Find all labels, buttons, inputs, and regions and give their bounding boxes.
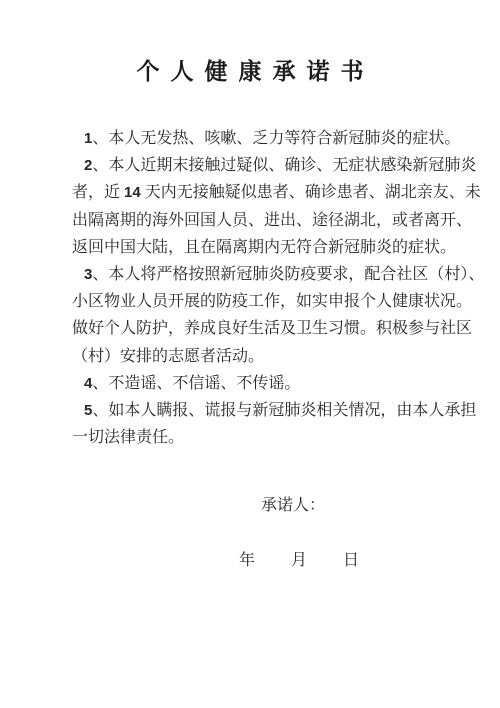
body-line: 2、本人近期末接触过疑似、确诊、无症状感染新冠肺炎 xyxy=(72,152,427,179)
month-label: 月 xyxy=(291,547,307,574)
signer-label: 承诺人： xyxy=(261,497,325,514)
number-text: 1 xyxy=(84,130,92,147)
number-text: 5 xyxy=(84,402,92,419)
number-text: 4 xyxy=(84,375,92,392)
body-line: 1、本人无发热、咳嗽、乏力等符合新冠肺炎的症状。 xyxy=(72,125,427,152)
document-title: 个人健康承诺书 xyxy=(0,0,500,87)
number-text: 14 xyxy=(124,184,141,201)
signer-line: 承诺人： xyxy=(0,492,500,519)
body-line: 5、如本人瞒报、谎报与新冠肺炎相关情况，由本人承担 xyxy=(72,397,427,424)
day-label: 日 xyxy=(343,547,359,574)
document-page: 个人健康承诺书 1、本人无发热、咳嗽、乏力等符合新冠肺炎的症状。2、本人近期末接… xyxy=(0,0,500,708)
year-label: 年 xyxy=(239,552,255,569)
body-line: 一切法律责任。 xyxy=(72,424,427,451)
body-line: 返回中国大陆，且在隔离期内无符合新冠肺炎的症状。 xyxy=(72,234,427,261)
body-line: 做好个人防护，养成良好生活及卫生习惯。积极参与社区 xyxy=(72,315,427,342)
body-line: （村）安排的志愿者活动。 xyxy=(72,343,427,370)
number-text: 2 xyxy=(84,157,92,174)
body-line: 3、本人将严格按照新冠肺炎防疫要求，配合社区（村）、 xyxy=(72,261,427,288)
date-line: 年月日 xyxy=(0,547,500,574)
number-text: 3 xyxy=(84,266,92,283)
body-line: 出隔离期的海外回国人员、进出、途径湖北，或者离开、 xyxy=(72,207,427,234)
body-line: 者，近 14 天内无接触疑似患者、确诊患者、湖北亲友、未 xyxy=(72,179,427,206)
body-line: 小区物业人员开展的防疫工作，如实申报个人健康状况。 xyxy=(72,288,427,315)
body-line: 4、不造谣、不信谣、不传谣。 xyxy=(72,370,427,397)
document-body: 1、本人无发热、咳嗽、乏力等符合新冠肺炎的症状。2、本人近期末接触过疑似、确诊、… xyxy=(72,125,427,451)
